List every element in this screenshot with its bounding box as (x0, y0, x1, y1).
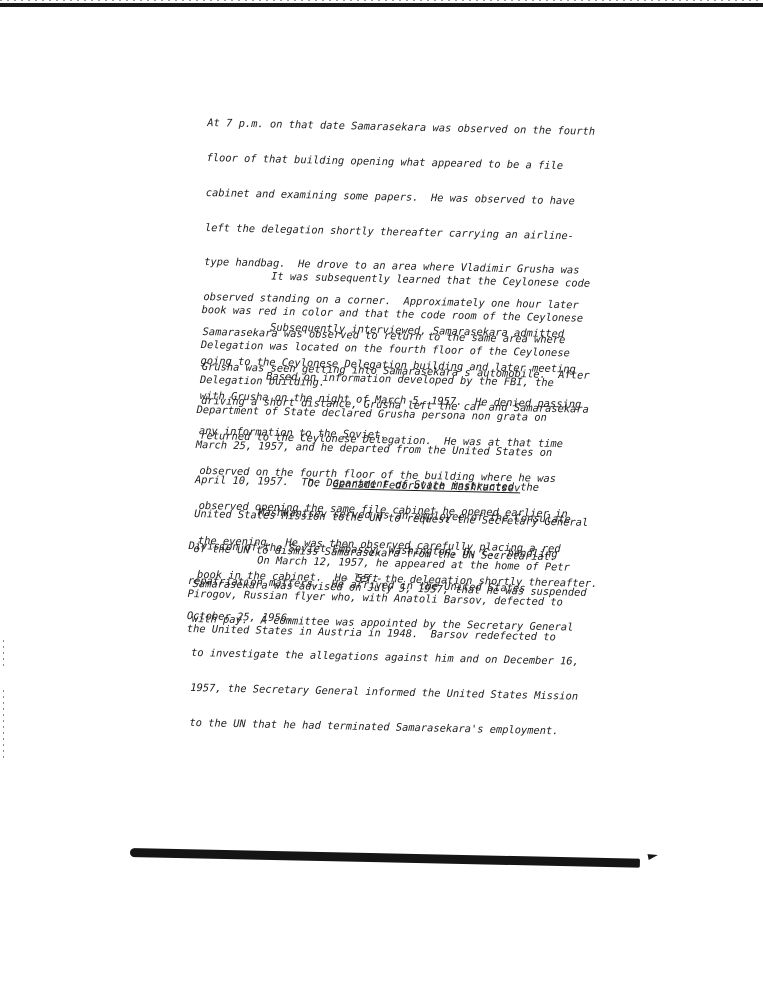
text-line: the United States in Austria in 1948. Ba… (187, 624, 569, 644)
text-line: 1957, the Secretary General informed the… (190, 683, 584, 704)
document-page: At 7 p.m. on that date Samarasekara was … (0, 0, 763, 990)
text-line: Mashkantsev served as an employee of the… (189, 506, 571, 526)
text-line: floor of that building opening what appe… (206, 153, 607, 174)
text-line: It was subsequently learned that the Cey… (202, 270, 590, 290)
text-line: to the UN that he had terminated Samaras… (189, 718, 583, 739)
text-line: Subsequently interviewed, Samarasekara a… (201, 321, 583, 341)
text-line: cabinet and examining some papers. He wa… (206, 188, 607, 209)
paragraph-6: On March 12, 1957, he appeared at the ho… (186, 531, 570, 667)
text-line: At 7 p.m. on that date Samarasekara was … (207, 118, 608, 139)
text-line: March 25, 1957, and he departed from the… (196, 440, 590, 461)
text-line: left the delegation shortly thereafter c… (205, 222, 606, 243)
text-line: Department of State declared Grusha pers… (196, 405, 590, 426)
text-line: Based on information developed by the FB… (197, 370, 591, 391)
page-number: - 55 - (343, 572, 383, 585)
text-line: Pirogov, Russian flyer who, with Anatoli… (187, 589, 569, 609)
